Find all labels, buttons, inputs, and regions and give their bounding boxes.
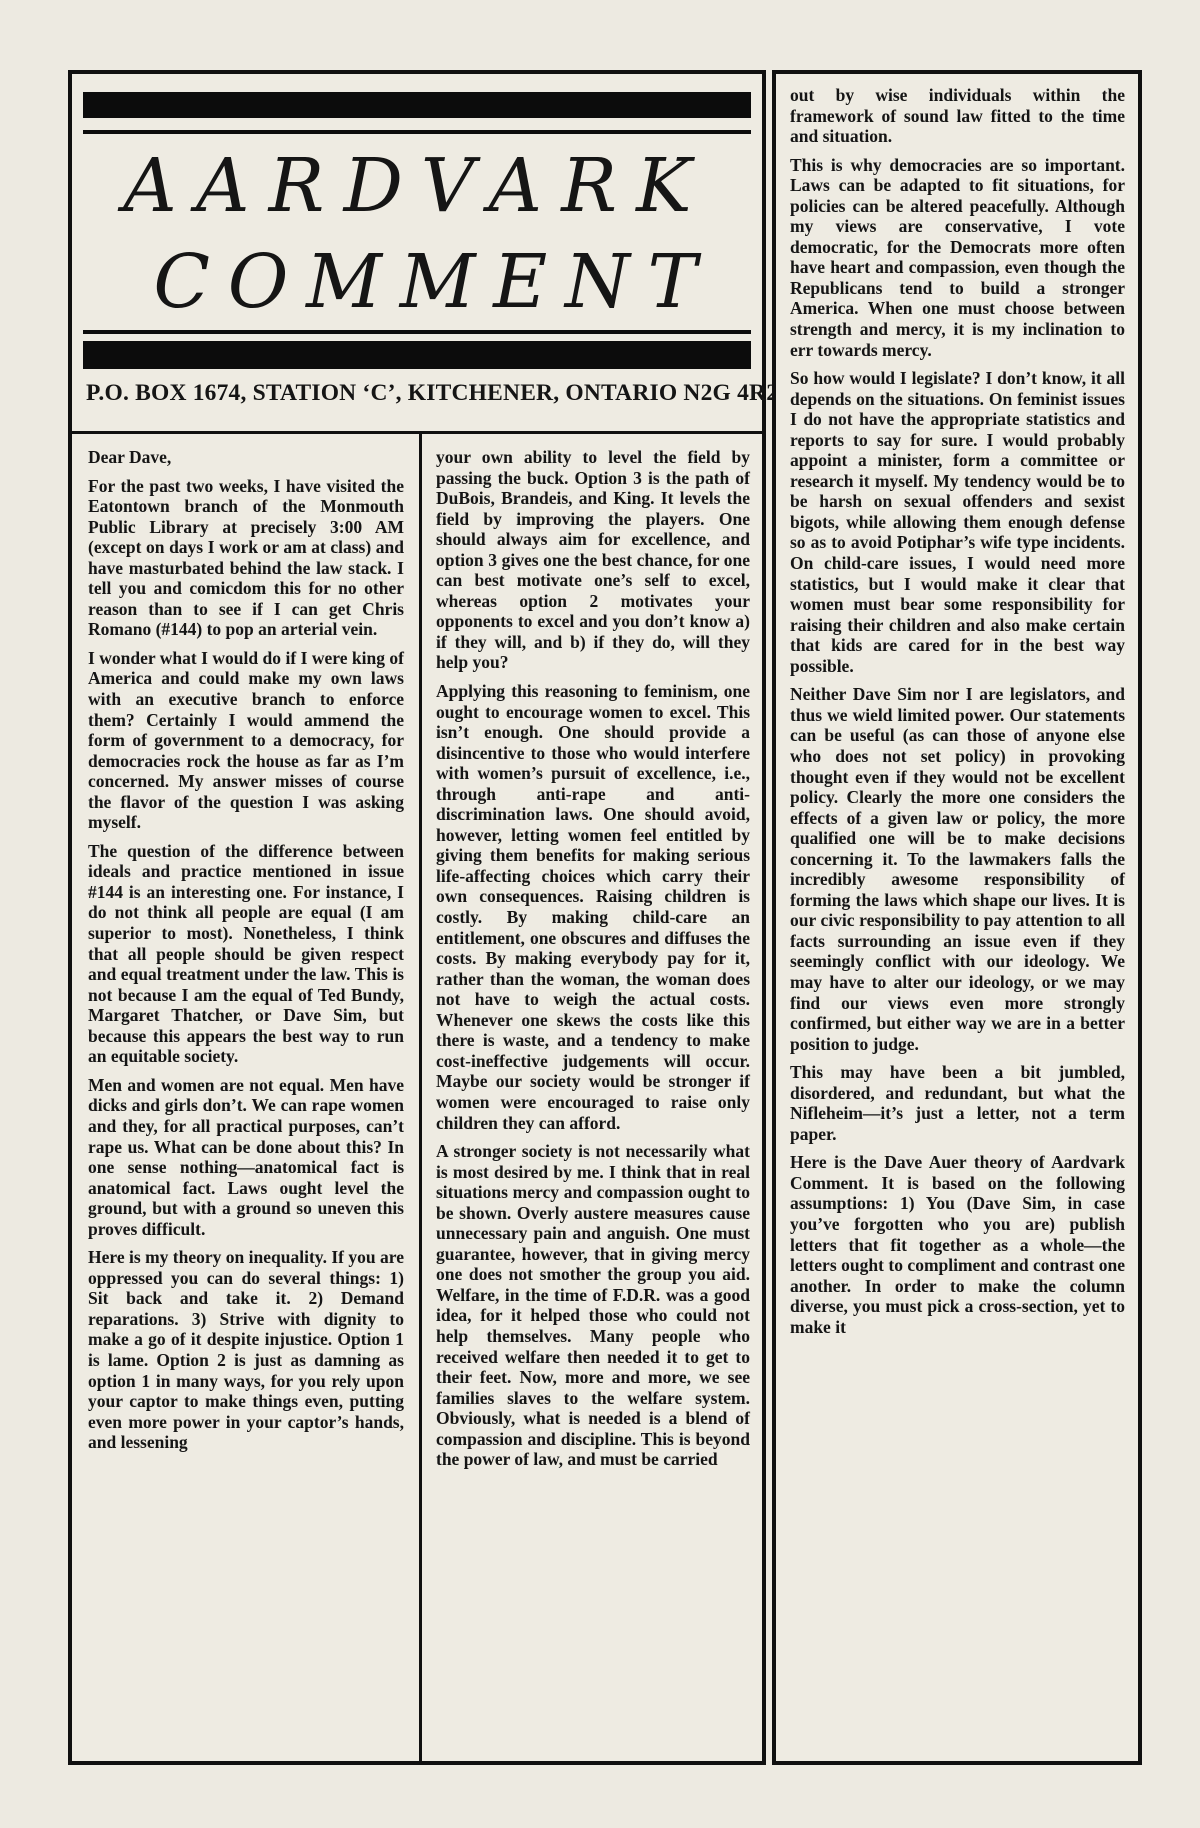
salutation: Dear Dave, (88, 447, 404, 468)
masthead-title-line1: AARDVARK (83, 138, 751, 234)
paragraph: out by wise individuals within the frame… (790, 85, 1125, 147)
paragraph: Here is my theory on inequality. If you … (88, 1247, 404, 1452)
masthead-title-line2: COMMENT (83, 234, 751, 330)
masthead-title: AARDVARK COMMENT (83, 134, 751, 330)
letter-columns: Dear Dave, For the past two weeks, I hav… (72, 434, 762, 1762)
paragraph: So how would I legislate? I don’t know, … (790, 368, 1125, 676)
paragraph: your own ability to level the field by p… (436, 447, 750, 673)
masthead-bottom-bar (83, 341, 751, 369)
paragraph: I wonder what I would do if I were king … (88, 648, 404, 833)
paragraph: For the past two weeks, I have visited t… (88, 476, 404, 640)
column-right: out by wise individuals within the frame… (772, 70, 1142, 1765)
letters-page: AARDVARK COMMENT P.O. BOX 1674, STATION … (0, 0, 1200, 1828)
masthead: AARDVARK COMMENT P.O. BOX 1674, STATION … (72, 74, 762, 434)
paragraph: Neither Dave Sim nor I are legislators, … (790, 684, 1125, 1054)
column-middle: your own ability to level the field by p… (422, 434, 762, 1762)
main-letter-block: AARDVARK COMMENT P.O. BOX 1674, STATION … (68, 70, 766, 1765)
column-left: Dear Dave, For the past two weeks, I hav… (72, 434, 422, 1762)
masthead-top-bar (83, 92, 751, 118)
paragraph: Men and women are not equal. Men have di… (88, 1075, 404, 1239)
paragraph: Applying this reasoning to feminism, one… (436, 681, 750, 1133)
masthead-address: P.O. BOX 1674, STATION ‘C’, KITCHENER, O… (83, 369, 751, 407)
paragraph: This may have been a bit jumbled, disord… (790, 1062, 1125, 1144)
paragraph: A stronger society is not necessarily wh… (436, 1141, 750, 1470)
paragraph: This is why democracies are so important… (790, 155, 1125, 360)
paragraph: Here is the Dave Auer theory of Aardvark… (790, 1152, 1125, 1337)
paragraph: The question of the difference between i… (88, 841, 404, 1067)
